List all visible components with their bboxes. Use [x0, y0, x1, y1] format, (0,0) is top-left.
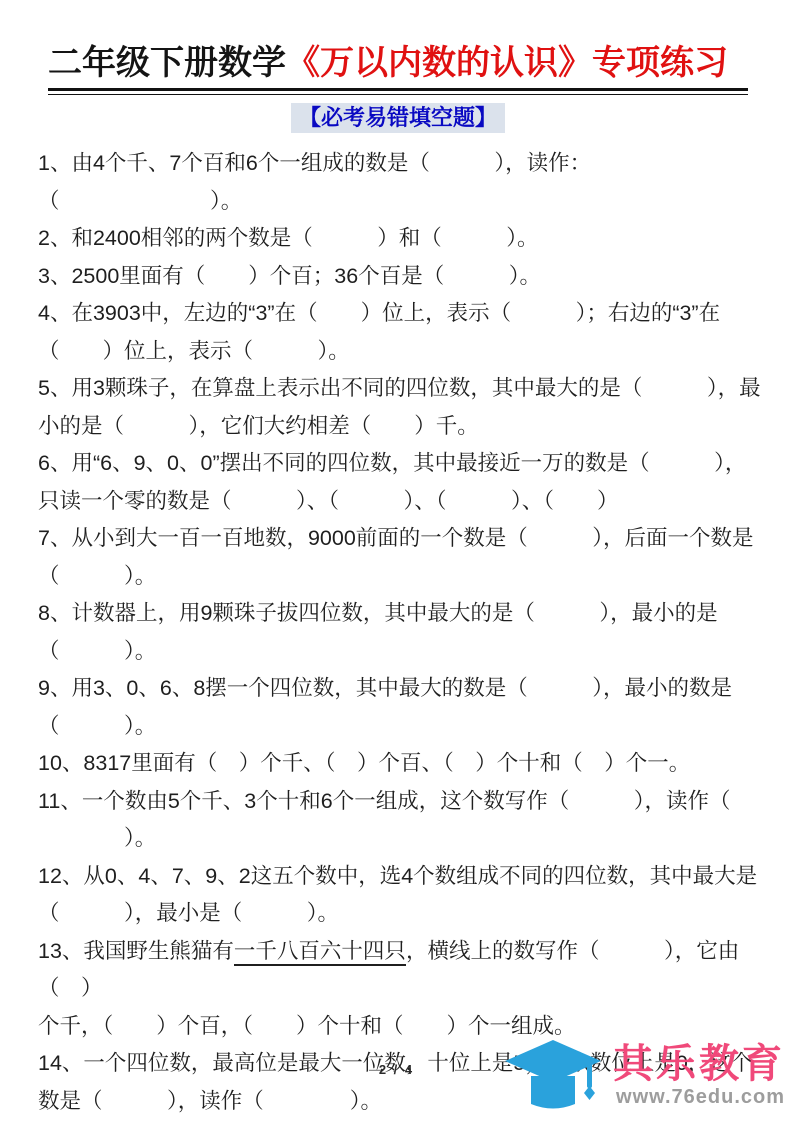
question-12-line-2: （ ），最小是（ ）。 — [38, 895, 763, 933]
question-6-line-2: 只读一个零的数是（ ）、（ ）、（ ）、（ ） — [38, 483, 763, 521]
title-rule-thin — [48, 94, 748, 95]
question-9-line-1: 9、用3、0、6、8摆一个四位数，其中最大的数是（ ），最小的数是 — [38, 670, 763, 708]
question-9-line-2: （ ）。 — [38, 708, 763, 746]
question-7-line-2: （ ）。 — [38, 558, 763, 596]
question-11-line-1: 11、一个数由5个千、3个十和6个一组成，这个数写作（ ），读作（ — [38, 783, 763, 821]
question-5-line-2: 小的是（ ），它们大约相差（ ）千。 — [38, 408, 763, 446]
question-list: 1、由4个千、7个百和6个一组成的数是（ ），读作：（ ）。 2、和2400相邻… — [38, 145, 763, 1120]
title-rule-thick — [48, 88, 748, 91]
title-double-underline — [48, 88, 748, 95]
question-5-line-1: 5、用3颗珠子，在算盘上表示出不同的四位数，其中最大的是（ ），最 — [38, 370, 763, 408]
question-1-line-1: 1、由4个千、7个百和6个一组成的数是（ ），读作：（ ）。 — [38, 145, 763, 220]
question-8-line-2: （ ）。 — [38, 633, 763, 671]
question-10-line-1: 10、8317里面有（ ）个千、（ ）个百、（ ）个十和（ ）个一。 — [38, 745, 763, 783]
subtitle-row: 【必考易错填空题】 — [48, 103, 748, 133]
question-13-text-before-underline: 13、我国野生熊猫有 — [38, 939, 234, 963]
question-8-line-1: 8、计数器上，用9颗珠子拔四位数，其中最大的是（ ），最小的是 — [38, 595, 763, 633]
question-4-line-2: （ ）位上，表示（ ）。 — [38, 333, 763, 371]
title-course-name: 二年级下册数学 — [48, 44, 286, 82]
title-topic-name: 《万以内数的认识》专项练习 — [286, 44, 728, 82]
brand-logo-block: 其乐教育 www.76edu.com — [501, 1038, 785, 1114]
question-13-underlined-number-words: 一千八百六十四只 — [234, 939, 406, 966]
question-3-line-1: 3、2500里面有（ ）个百；36个百是（ ）。 — [38, 258, 763, 296]
question-7-line-1: 7、从小到大一百一百地数，9000前面的一个数是（ ），后面一个数是 — [38, 520, 763, 558]
section-subtitle-badge: 【必考易错填空题】 — [291, 103, 505, 133]
question-6-line-1: 6、用“6、9、0、0”摆出不同的四位数，其中最接近一万的数是（ ）， — [38, 445, 763, 483]
worksheet-page: 二年级下册数学《万以内数的认识》专项练习 【必考易错填空题】 1、由4个千、7个… — [0, 0, 793, 1122]
graduation-cap-icon — [501, 1038, 605, 1114]
worksheet-header: 二年级下册数学《万以内数的认识》专项练习 【必考易错填空题】 — [0, 0, 793, 133]
brand-url: www.76edu.com — [613, 1085, 785, 1109]
page-title: 二年级下册数学《万以内数的认识》专项练习 — [48, 40, 748, 86]
question-2-line-1: 2、和2400相邻的两个数是（ ）和（ ）。 — [38, 220, 763, 258]
brand-name: 其乐教育 — [613, 1043, 785, 1085]
question-13-line-1: 13、我国野生熊猫有一千八百六十四只，横线上的数写作（ ），它由（ ） — [38, 933, 763, 1008]
question-4-line-1: 4、在3903中，左边的“3”在（ ）位上，表示（ ）；右边的“3”在 — [38, 295, 763, 333]
question-12-line-1: 12、从0、4、7、9、2这五个数中，选4个数组成不同的四位数，其中最大是 — [38, 858, 763, 896]
question-11-line-2: ）。 — [38, 820, 763, 858]
brand-text-block: 其乐教育 www.76edu.com — [613, 1043, 785, 1109]
